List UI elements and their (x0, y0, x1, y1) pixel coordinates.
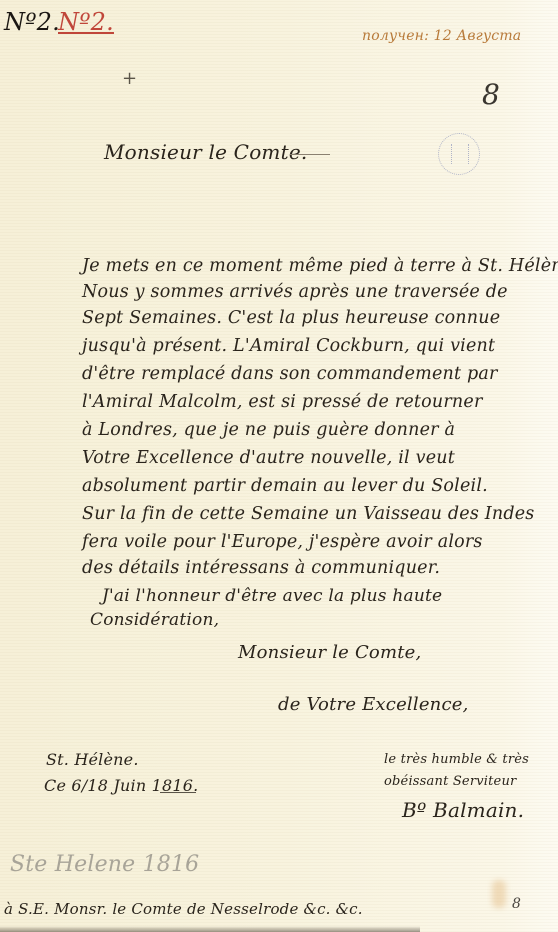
signature: Bº Balmain. (402, 798, 524, 822)
body-line: à Londres, que je ne puis guère donner à (82, 420, 455, 440)
letter-page: Nº2. Nº2. + получен: 12 Августа 8 Monsie… (0, 0, 558, 932)
closing-salutation: Monsieur le Comte, (238, 642, 421, 663)
body-line: Nous y sommes arrivés après une traversé… (82, 282, 508, 302)
reference-number-black: Nº2. (4, 8, 60, 36)
folio-number-top: 8 (482, 78, 500, 111)
page-edge-shadow (0, 926, 420, 932)
salutation-flourish (290, 154, 330, 155)
body-line: J'ai l'honneur d'être avec la plus haute (102, 586, 442, 606)
reference-number-red: Nº2. (58, 8, 114, 36)
subscription-line-1: le très humble & très (384, 752, 529, 767)
date-underline (160, 792, 196, 793)
body-line: Sept Semaines. C'est la plus heureuse co… (82, 308, 500, 328)
body-line: jusqu'à présent. L'Amiral Cockburn, qui … (82, 336, 495, 356)
library-stamp-icon (438, 133, 480, 175)
folio-number-bottom: 8 (512, 896, 521, 912)
subscription-line-2: obéissant Serviteur (384, 774, 516, 789)
body-line: Sur la fin de cette Semaine un Vaisseau … (82, 504, 535, 524)
body-line: des détails intéressans à communiquer. (82, 558, 440, 578)
body-line: d'être remplacé dans son commandement pa… (82, 364, 498, 384)
received-note: получен: 12 Августа (362, 28, 521, 44)
body-line: absolument partir demain au lever du Sol… (82, 476, 488, 496)
cross-mark: + (122, 68, 137, 89)
body-line: Votre Excellence d'autre nouvelle, il ve… (82, 448, 455, 468)
place-line: St. Hélène. (46, 750, 139, 769)
body-line: fera voile pour l'Europe, j'espère avoir… (82, 532, 483, 552)
salutation: Monsieur le Comte. (104, 140, 307, 164)
body-line: Je mets en ce moment même pied à terre à… (82, 256, 558, 276)
paper-stain (492, 880, 506, 908)
stamp-inner-mark (451, 144, 469, 164)
body-line: Considération, (90, 610, 219, 630)
closing-excellence: de Votre Excellence, (278, 694, 469, 715)
body-line: l'Amiral Malcolm, est si pressé de retou… (82, 392, 483, 412)
archive-pencil-note: Ste Helene 1816 (10, 852, 199, 877)
address-line: à S.E. Monsr. le Comte de Nesselrode &c.… (4, 900, 363, 918)
